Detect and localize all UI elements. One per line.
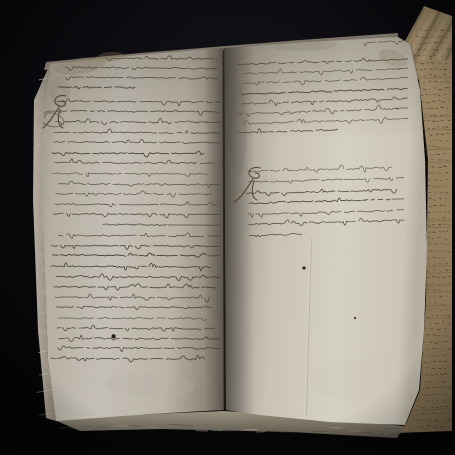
vignette-overlay <box>0 0 455 455</box>
manuscript-scene <box>0 0 455 455</box>
manuscript-photo <box>0 0 455 455</box>
